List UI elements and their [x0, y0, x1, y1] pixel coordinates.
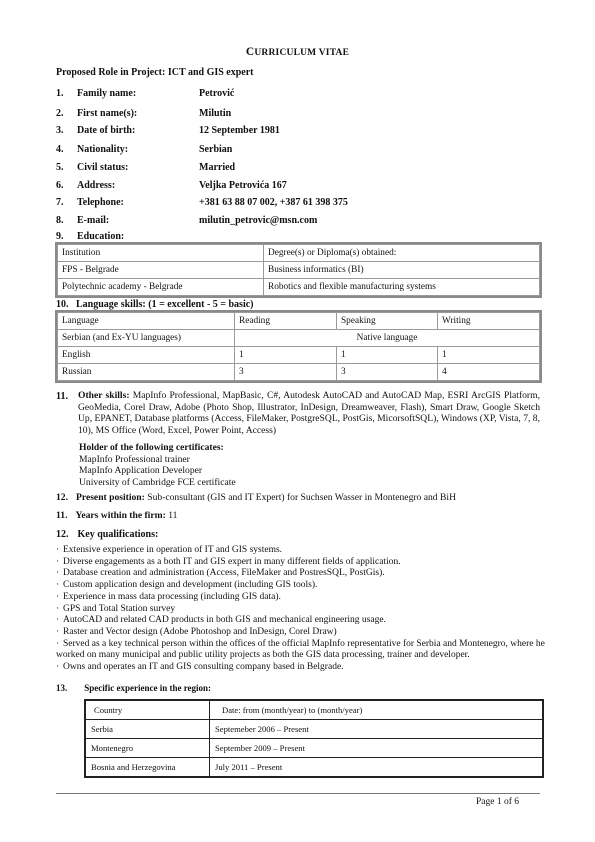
- other-skills-number: 11.: [56, 391, 68, 402]
- item-number: 1.: [56, 88, 64, 99]
- table-cell: Septemeber 2006 – Present: [210, 720, 543, 739]
- field-value: Veljka Petrovića 167: [199, 180, 287, 191]
- title-rest: URRICULUM VITAE: [254, 48, 349, 58]
- regional-experience-table: Country Date: from (month/year) to (mont…: [85, 700, 543, 777]
- column-header: Date: from (month/year) to (month/year): [210, 701, 543, 720]
- footer-divider: [56, 793, 540, 794]
- table-header-row: Institution Degree(s) or Diploma(s) obta…: [58, 245, 540, 262]
- item-number: 9.: [56, 231, 64, 242]
- bullet-icon: ·: [56, 592, 63, 604]
- certificates-heading: Holder of the following certificates:: [79, 442, 236, 454]
- table-cell: July 2011 – Present: [210, 758, 543, 777]
- list-item: ·Custom application design and developme…: [56, 580, 546, 592]
- list-item: ·Database creation and administration (A…: [56, 568, 546, 580]
- proposed-role-value: : ICT and GIS expert: [162, 67, 254, 78]
- item-number: 6.: [56, 180, 64, 191]
- field-value: Milutin: [199, 108, 231, 119]
- list-item-text: GPS and Total Station survey: [63, 604, 175, 614]
- bullet-icon: ·: [56, 545, 63, 557]
- list-item-text: Database creation and administration (Ac…: [63, 568, 385, 578]
- list-item-text: Raster and Vector design (Adobe Photosho…: [63, 627, 337, 637]
- table-cell: English: [58, 347, 235, 364]
- education-table: Institution Degree(s) or Diploma(s) obta…: [57, 244, 540, 296]
- column-header: Degree(s) or Diploma(s) obtained:: [264, 245, 540, 262]
- list-item: ·Served as a key technical person within…: [56, 639, 546, 662]
- column-header: Writing: [438, 313, 540, 330]
- column-header: Country: [86, 701, 210, 720]
- item-number: 12.: [56, 529, 69, 540]
- item-number: 13.: [56, 683, 67, 693]
- section-title: Specific experience in the region:: [84, 683, 211, 693]
- present-position-value: Sub-consultant (GIS and IT Expert) for S…: [147, 492, 456, 503]
- table-row: Serbian (and Ex-YU languages) Native lan…: [58, 330, 540, 347]
- table-row: Russian 3 3 4: [58, 364, 540, 381]
- item-number: 3.: [56, 125, 64, 136]
- table-cell: 3: [235, 364, 337, 381]
- key-qualifications-list: ·Extensive experience in operation of IT…: [56, 545, 546, 674]
- page-number: Page 1 of 6: [476, 797, 519, 807]
- table-cell: Montenegro: [86, 739, 210, 758]
- item-number: 8.: [56, 215, 64, 226]
- field-label: Education:: [77, 231, 124, 242]
- other-skills-text: MapInfo Professional, MapBasic, C#, Auto…: [78, 390, 540, 436]
- field-value: Serbian: [199, 144, 232, 155]
- item-number: 5.: [56, 162, 64, 173]
- item-number: 11.: [56, 510, 67, 521]
- field-label: E-mail:: [77, 215, 109, 226]
- table-cell: Robotics and flexible manufacturing syst…: [264, 279, 540, 296]
- bullet-icon: ·: [56, 568, 63, 580]
- column-header: Institution: [58, 245, 264, 262]
- field-label: Civil status:: [77, 162, 128, 173]
- years-label: Years within the firm:: [75, 510, 165, 521]
- list-item-text: Experience in mass data processing (incl…: [63, 592, 281, 602]
- list-item-text: Served as a key technical person within …: [56, 639, 545, 661]
- other-skills-paragraph: Other skills: MapInfo Professional, MapB…: [78, 390, 540, 437]
- item-number: 2.: [56, 108, 64, 119]
- field-value: +381 63 88 07 002, +387 61 398 375: [199, 197, 348, 208]
- email-link[interactable]: milutin_petrovic@msn.com: [199, 215, 317, 226]
- table-row: Serbia Septemeber 2006 – Present: [86, 720, 543, 739]
- column-header: Reading: [235, 313, 337, 330]
- field-label: Telephone:: [77, 197, 124, 208]
- bullet-icon: ·: [56, 627, 63, 639]
- bullet-icon: ·: [56, 604, 63, 616]
- list-item: ·Owns and operates an IT and GIS consult…: [56, 662, 546, 674]
- item-number: 4.: [56, 144, 64, 155]
- field-value: Married: [199, 162, 235, 173]
- column-header: Speaking: [337, 313, 438, 330]
- field-value: 12 September 1981: [199, 125, 280, 136]
- list-item-text: Custom application design and developmen…: [63, 580, 317, 590]
- list-item-text: Extensive experience in operation of IT …: [63, 545, 282, 555]
- list-item: ·Experience in mass data processing (inc…: [56, 592, 546, 604]
- table-header-row: Country Date: from (month/year) to (mont…: [86, 701, 543, 720]
- table-cell: 1: [337, 347, 438, 364]
- table-row: Polytechnic academy - Belgrade Robotics …: [58, 279, 540, 296]
- column-header: Language: [58, 313, 235, 330]
- bullet-icon: ·: [56, 615, 63, 627]
- years-value: 11: [168, 510, 177, 521]
- bullet-icon: ·: [56, 639, 63, 651]
- certificate-item: MapInfo Professional trainer: [79, 454, 236, 466]
- table-cell: Bosnia and Herzegovina: [86, 758, 210, 777]
- bullet-icon: ·: [56, 557, 63, 569]
- bullet-icon: ·: [56, 580, 63, 592]
- section-title: Language skills: (1 = excellent - 5 = ba…: [76, 299, 254, 310]
- list-item-text: Diverse engagements as a both IT and GIS…: [63, 557, 401, 567]
- field-value: Petrović: [199, 88, 234, 99]
- present-position-label: Present position:: [76, 492, 145, 503]
- field-label: Date of birth:: [77, 125, 135, 136]
- table-cell: September 2009 – Present: [210, 739, 543, 758]
- field-label: Family name:: [77, 88, 136, 99]
- table-cell: 4: [438, 364, 540, 381]
- proposed-role-label: Proposed Role in Project: [56, 67, 162, 78]
- table-cell: Business informatics (BI): [264, 262, 540, 279]
- item-number: 7.: [56, 197, 64, 208]
- table-row: English 1 1 1: [58, 347, 540, 364]
- table-row: Bosnia and Herzegovina July 2011 – Prese…: [86, 758, 543, 777]
- section-title: Key qualifications:: [78, 529, 159, 540]
- list-item: ·AutoCAD and related CAD products in bot…: [56, 615, 546, 627]
- other-skills-label: Other skills:: [78, 390, 130, 401]
- list-item-text: AutoCAD and related CAD products in both…: [63, 615, 386, 625]
- table-cell: Polytechnic academy - Belgrade: [58, 279, 264, 296]
- list-item: ·GPS and Total Station survey: [56, 604, 546, 616]
- table-cell: 1: [235, 347, 337, 364]
- table-row: FPS - Belgrade Business informatics (BI): [58, 262, 540, 279]
- field-label: Address:: [77, 180, 115, 191]
- certificate-item: MapInfo Application Developer: [79, 465, 236, 477]
- item-number: 12.: [56, 492, 68, 503]
- table-cell: FPS - Belgrade: [58, 262, 264, 279]
- proposed-role: Proposed Role in Project: ICT and GIS ex…: [56, 67, 254, 78]
- certificate-item: University of Cambridge FCE certificate: [79, 477, 236, 489]
- certificates-block: Holder of the following certificates: Ma…: [79, 442, 236, 488]
- list-item: ·Diverse engagements as a both IT and GI…: [56, 557, 546, 569]
- table-cell: Native language: [235, 330, 540, 347]
- table-cell: 3: [337, 364, 438, 381]
- table-cell: 1: [438, 347, 540, 364]
- item-number: 10.: [56, 299, 69, 310]
- table-row: Montenegro September 2009 – Present: [86, 739, 543, 758]
- table-cell: Serbian (and Ex-YU languages): [58, 330, 235, 347]
- key-qualifications-heading: 12.Key qualifications:: [56, 529, 158, 540]
- bullet-icon: ·: [56, 662, 63, 674]
- table-header-row: Language Reading Speaking Writing: [58, 313, 540, 330]
- table-cell: Serbia: [86, 720, 210, 739]
- language-skills-table: Language Reading Speaking Writing Serbia…: [57, 312, 540, 381]
- list-item: ·Extensive experience in operation of IT…: [56, 545, 546, 557]
- list-item: ·Raster and Vector design (Adobe Photosh…: [56, 627, 546, 639]
- field-label: First name(s):: [77, 108, 137, 119]
- document-title: CURRICULUM VITAE: [0, 46, 595, 58]
- present-position: 12.Present position: Sub-consultant (GIS…: [56, 492, 456, 503]
- list-item-text: Owns and operates an IT and GIS consulti…: [63, 662, 344, 672]
- table-cell: Russian: [58, 364, 235, 381]
- regional-experience-heading: 13.Specific experience in the region:: [56, 683, 211, 693]
- language-skills-heading: 10. Language skills: (1 = excellent - 5 …: [56, 299, 254, 310]
- years-within-firm: 11.Years within the firm: 11: [56, 510, 177, 521]
- field-label: Nationality:: [77, 144, 128, 155]
